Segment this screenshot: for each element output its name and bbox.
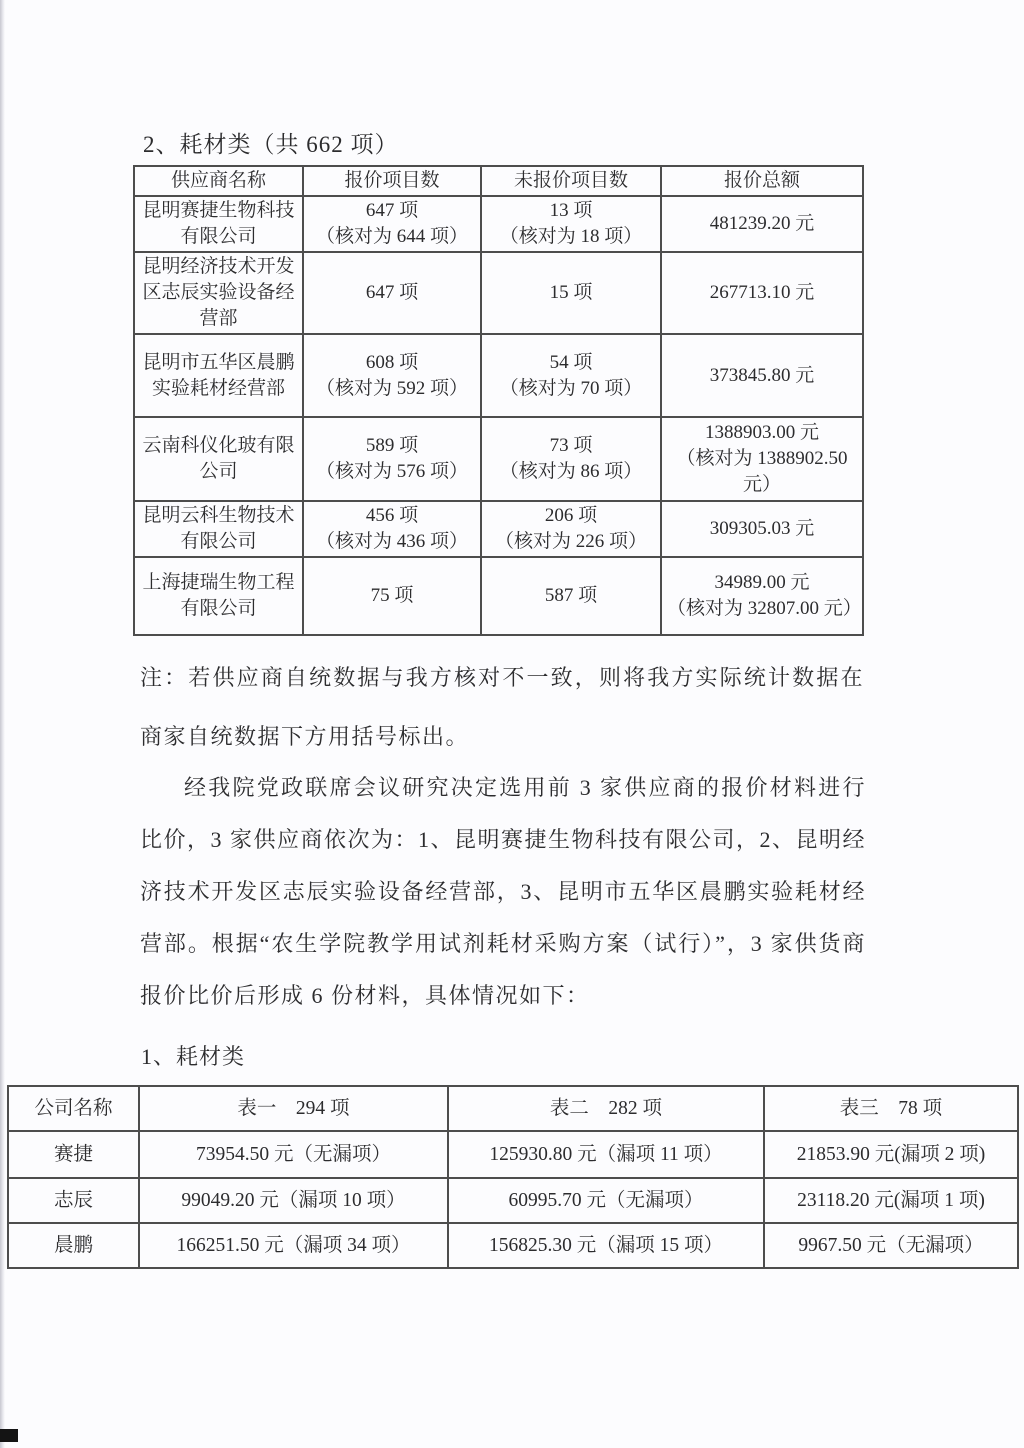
scan-corner-mark [0,1429,18,1442]
cell-quoted-items: 75 项 [303,557,481,635]
cell-supplier-name: 云南科仪化玻有限公司 [134,417,303,501]
cell-quoted-items: 456 项 （核对为 436 项） [303,501,481,557]
cell-unquoted-items: 13 项 （核对为 18 项） [481,196,661,252]
column-header-unquoted-items: 未报价项目数 [481,166,661,196]
cell-quoted-items: 608 项 （核对为 592 项） [303,334,481,417]
column-header-company-name: 公司名称 [8,1086,139,1131]
cell-quote-total: 373845.80 元 [661,334,863,417]
price-comparison-table: 公司名称 表一 294 项 表二 282 项 表三 78 项 赛捷 73954.… [7,1085,1019,1269]
scan-edge-artifact [0,0,5,1448]
cell-supplier-name: 昆明云科生物技术有限公司 [134,501,303,557]
cell-unquoted-items: 15 项 [481,252,661,334]
cell-sheet1-amount: 73954.50 元（无漏项） [139,1131,448,1178]
column-header-sheet2: 表二 282 项 [448,1086,764,1131]
cell-supplier-name: 上海捷瑞生物工程有限公司 [134,557,303,635]
table-row: 志辰 99049.20 元（漏项 10 项） 60995.70 元（无漏项） 2… [8,1178,1018,1223]
document-page: 2、耗材类（共 662 项） 供应商名称 报价项目数 未报价项目数 报价总额 昆… [0,0,1024,1448]
cell-unquoted-items: 587 项 [481,557,661,635]
cell-company-name: 志辰 [8,1178,139,1223]
cell-unquoted-items: 206 项 （核对为 226 项） [481,501,661,557]
suppliers-quote-table: 供应商名称 报价项目数 未报价项目数 报价总额 昆明赛捷生物科技有限公司 647… [133,165,864,636]
cell-supplier-name: 昆明市五华区晨鹏实验耗材经营部 [134,334,303,417]
cell-quoted-items: 589 项 （核对为 576 项） [303,417,481,501]
column-header-sheet1: 表一 294 项 [139,1086,448,1131]
table-header-row: 公司名称 表一 294 项 表二 282 项 表三 78 项 [8,1086,1018,1131]
table-row: 昆明云科生物技术有限公司 456 项 （核对为 436 项） 206 项 （核对… [134,501,863,557]
table-header-row: 供应商名称 报价项目数 未报价项目数 报价总额 [134,166,863,196]
table-row: 晨鹏 166251.50 元（漏项 34 项） 156825.30 元（漏项 1… [8,1223,1018,1268]
cell-unquoted-items: 54 项 （核对为 70 项） [481,334,661,417]
cell-supplier-name: 昆明赛捷生物科技有限公司 [134,196,303,252]
table-row: 上海捷瑞生物工程有限公司 75 项 587 项 34989.00 元 （核对为 … [134,557,863,635]
column-header-quoted-items: 报价项目数 [303,166,481,196]
cell-quote-total: 267713.10 元 [661,252,863,334]
cell-unquoted-items: 73 项 （核对为 86 项） [481,417,661,501]
table-row: 昆明经济技术开发区志辰实验设备经营部 647 项 15 项 267713.10 … [134,252,863,334]
cell-quote-total: 1388903.00 元 （核对为 1388902.50 元） [661,417,863,501]
table-row: 昆明市五华区晨鹏实验耗材经营部 608 项 （核对为 592 项） 54 项 （… [134,334,863,417]
table-row: 昆明赛捷生物科技有限公司 647 项 （核对为 644 项） 13 项 （核对为… [134,196,863,252]
column-header-sheet3: 表三 78 项 [764,1086,1018,1131]
cell-quoted-items: 647 项 （核对为 644 项） [303,196,481,252]
table-row: 云南科仪化玻有限公司 589 项 （核对为 576 项） 73 项 （核对为 8… [134,417,863,501]
table-row: 赛捷 73954.50 元（无漏项） 125930.80 元（漏项 11 项） … [8,1131,1018,1178]
cell-sheet2-amount: 156825.30 元（漏项 15 项） [448,1223,764,1268]
cell-sheet2-amount: 125930.80 元（漏项 11 项） [448,1131,764,1178]
cell-sheet3-amount: 9967.50 元（无漏项） [764,1223,1018,1268]
cell-sheet1-amount: 99049.20 元（漏项 10 项） [139,1178,448,1223]
cell-sheet1-amount: 166251.50 元（漏项 34 项） [139,1223,448,1268]
section-heading-consumables: 1、耗材类 [141,1040,541,1071]
note-paragraph: 注：若供应商自统数据与我方核对不一致，则将我方实际统计数据在商家自统数据下方用括… [140,648,864,766]
cell-quote-total: 34989.00 元 （核对为 32807.00 元） [661,557,863,635]
cell-sheet3-amount: 23118.20 元(漏项 1 项) [764,1178,1018,1223]
cell-company-name: 赛捷 [8,1131,139,1178]
cell-company-name: 晨鹏 [8,1223,139,1268]
cell-quote-total: 481239.20 元 [661,196,863,252]
cell-quoted-items: 647 项 [303,252,481,334]
cell-sheet3-amount: 21853.90 元(漏项 2 项) [764,1131,1018,1178]
column-header-quote-total: 报价总额 [661,166,863,196]
body-paragraph: 经我院党政联席会议研究决定选用前 3 家供应商的报价材料进行比价，3 家供应商依… [140,762,866,1022]
cell-quote-total: 309305.03 元 [661,501,863,557]
column-header-supplier-name: 供应商名称 [134,166,303,196]
cell-supplier-name: 昆明经济技术开发区志辰实验设备经营部 [134,252,303,334]
cell-sheet2-amount: 60995.70 元（无漏项） [448,1178,764,1223]
section-heading-consumables-662: 2、耗材类（共 662 项） [143,126,883,159]
